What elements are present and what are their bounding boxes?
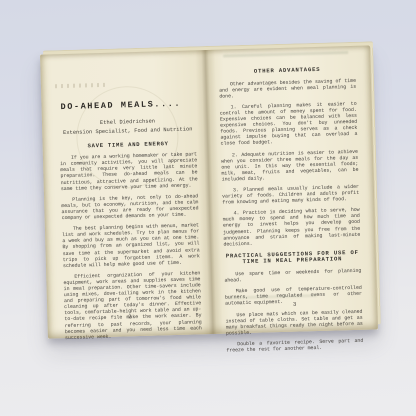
page-title: DO-AHEAD MEALS....: [60, 98, 195, 112]
numbered-point: 3. Planned meals usually include a wider…: [222, 184, 359, 206]
paragraph: If you are a working homemaker or take p…: [60, 152, 198, 192]
bleedthrough-mark: [223, 51, 348, 57]
numbered-point: 2. Adequate nutrition is easier to achie…: [221, 148, 359, 182]
paragraph: Other advantages besides the saving of t…: [219, 77, 356, 99]
photo-background: DO-AHEAD MEALS.... Ethel Diedrichsen Ext…: [0, 0, 416, 416]
paragraph: Efficient organization of your kitchen e…: [63, 270, 202, 341]
paragraph: Planning is the key, not only to do-ahea…: [61, 193, 199, 221]
practical-suggestions-heading: PRACTICAL SUGGESTIONS FOR USE OF TIME IN…: [224, 250, 361, 267]
section-heading: SAVE TIME AND ENERGY: [60, 140, 197, 151]
practical-suggestions-heading-line2: TIME IN MEAL PREPARATION: [224, 256, 361, 266]
numbered-point: 4. Practice in deciding what to serve, h…: [223, 207, 361, 247]
author-role: Extension Specialist, Food and Nutrition: [59, 126, 196, 136]
pamphlet-page-left: DO-AHEAD MEALS.... Ethel Diedrichsen Ext…: [40, 50, 213, 338]
faint-stamp-mark: [55, 83, 105, 88]
pamphlet: DO-AHEAD MEALS.... Ethel Diedrichsen Ext…: [40, 45, 378, 338]
numbered-point: 1. Careful planning makes it easier to c…: [220, 101, 358, 147]
paragraph: The best planning begins with menus, mar…: [62, 222, 200, 268]
pamphlet-page-right: OTHER ADVANTAGES Other advantages beside…: [205, 45, 378, 333]
other-advantages-heading: OTHER ADVANTAGES: [219, 66, 356, 76]
suggestion: Use place mats which can be easily clean…: [225, 308, 363, 336]
suggestion: Use spare time or weekends for planning …: [224, 268, 361, 284]
suggestion: Double a favorite recipe. Serve part and…: [226, 338, 363, 354]
